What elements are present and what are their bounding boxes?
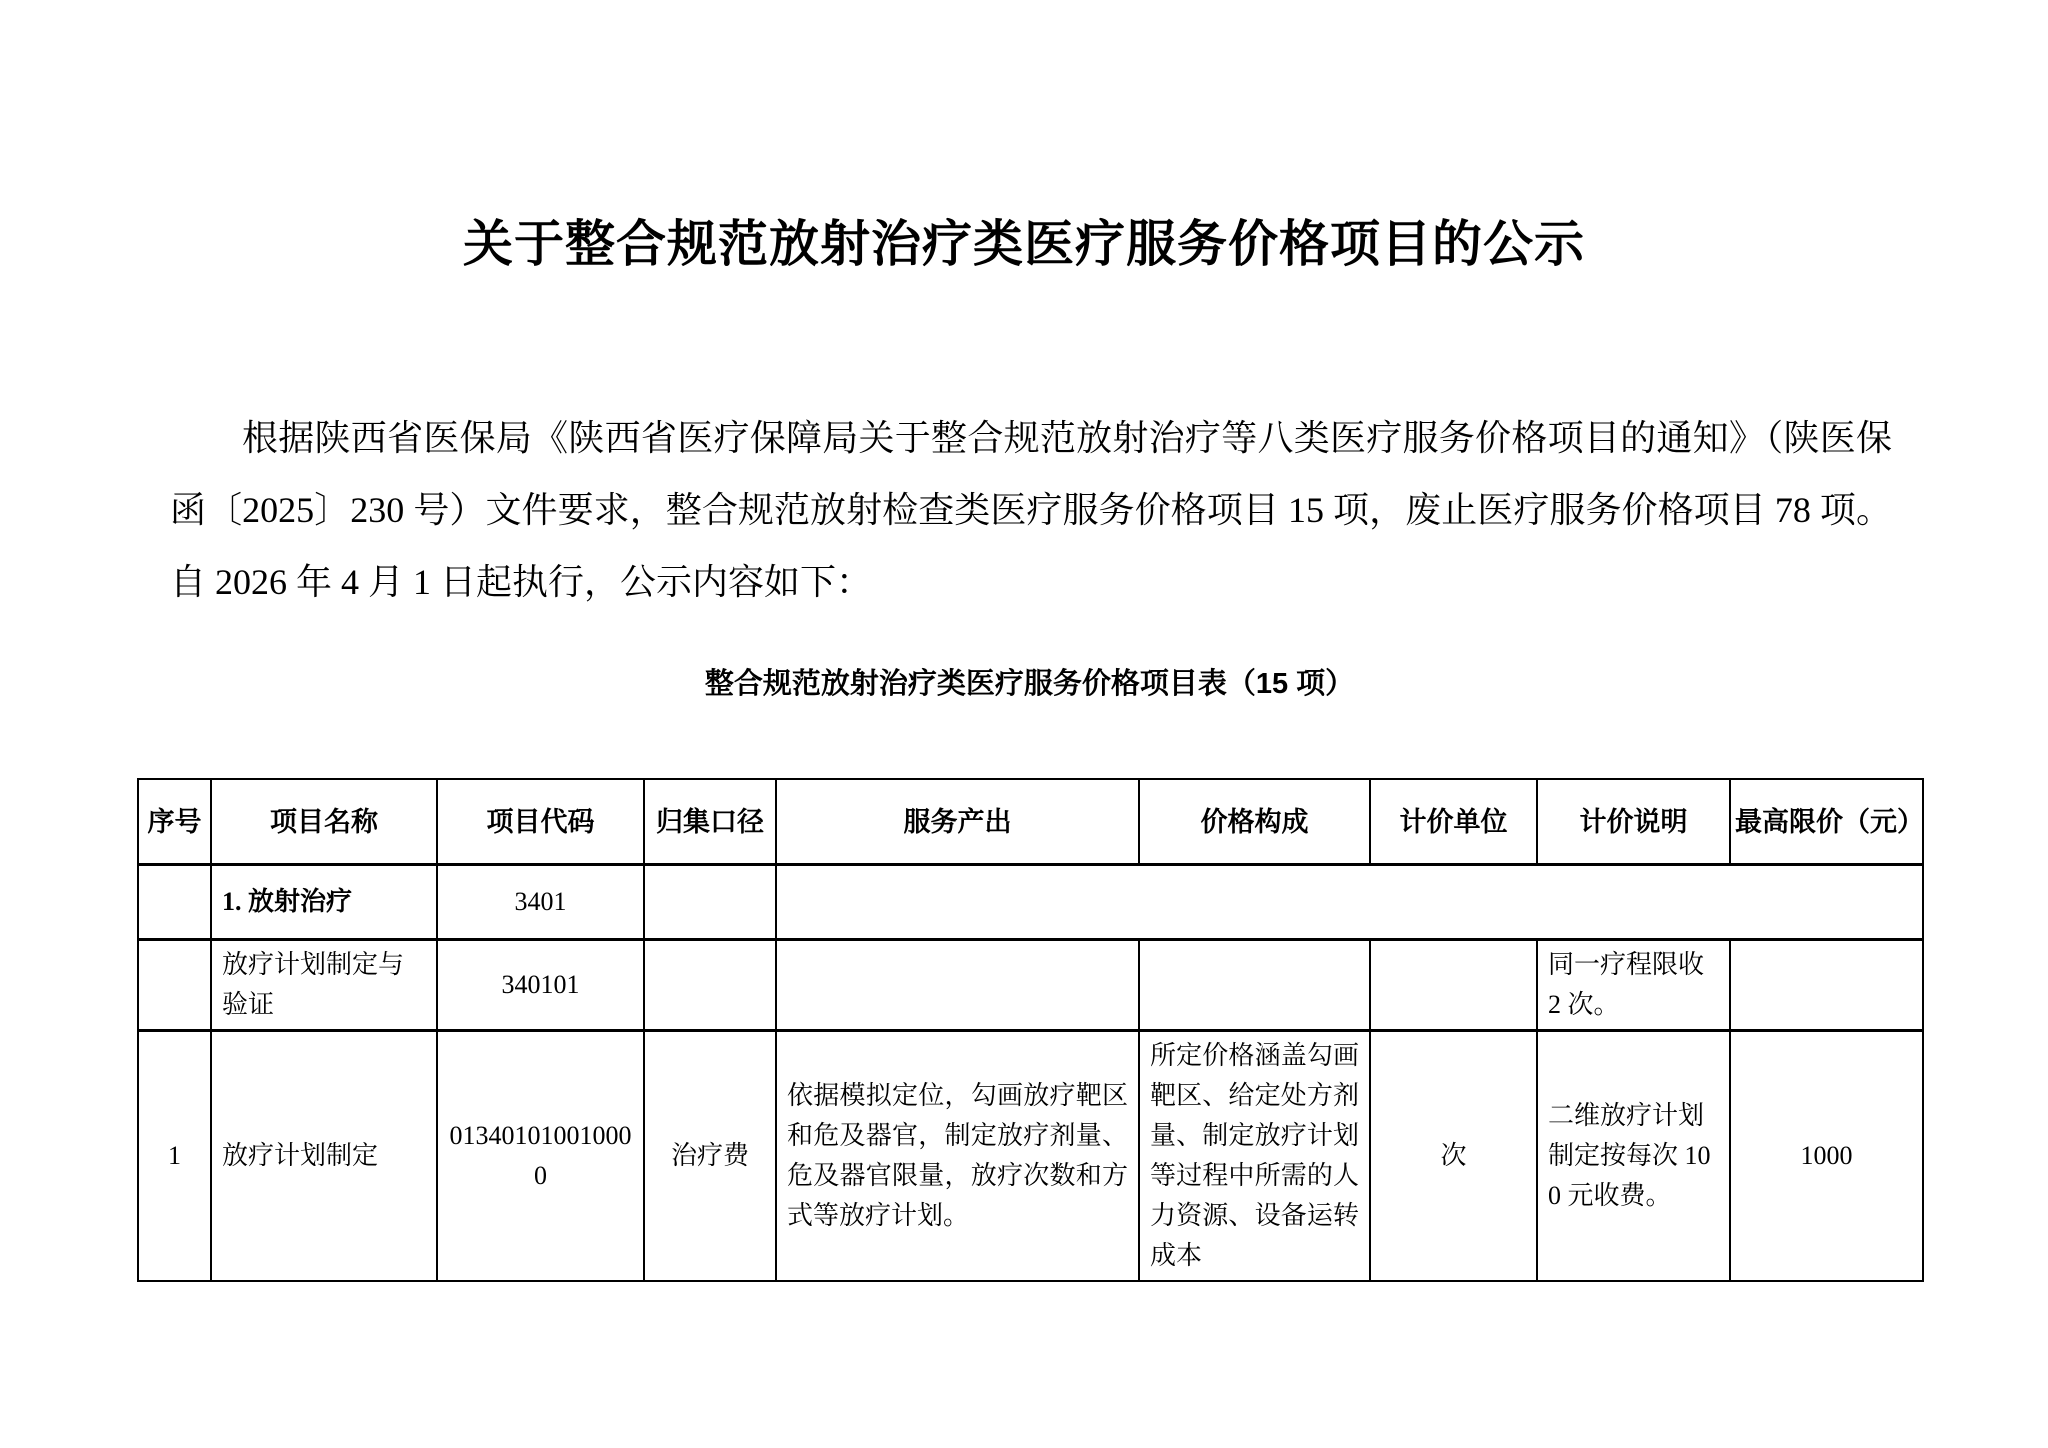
cell-pricing-note: 同一疗程限收 2 次。	[1537, 940, 1730, 1031]
table-caption: 整合规范放射治疗类医疗服务价格项目表（15 项）	[137, 664, 1922, 704]
cell-merged-rest	[776, 865, 1923, 940]
table-row-subcategory: 放疗计划制定与验证 340101 同一疗程限收 2 次。	[138, 940, 1923, 1031]
cell-item-code: 013401010010000	[437, 1031, 644, 1282]
header-price-composition: 价格构成	[1139, 779, 1370, 865]
cell-service-output: 依据模拟定位，勾画放疗靶区和危及器官，制定放疗剂量、危及器官限量，放疗次数和方式…	[776, 1031, 1139, 1282]
header-fee-category: 归集口径	[644, 779, 776, 865]
cell-pricing-unit: 次	[1370, 1031, 1537, 1282]
header-pricing-unit: 计价单位	[1370, 779, 1537, 865]
cell-pricing-note: 二维放疗计划制定按每次 100 元收费。	[1537, 1031, 1730, 1282]
document-page: 关于整合规范放射治疗类医疗服务价格项目的公示 根据陕西省医保局《陕西省医疗保障局…	[0, 0, 2048, 1448]
cell-item-name: 1. 放射治疗	[211, 865, 437, 940]
cell-fee-category: 治疗费	[644, 1031, 776, 1282]
cell-item-code: 340101	[437, 940, 644, 1031]
table-row-item: 1 放疗计划制定 013401010010000 治疗费 依据模拟定位，勾画放疗…	[138, 1031, 1923, 1282]
table-header-row: 序号 项目名称 项目代码 归集口径 服务产出 价格构成 计价单位 计价说明 最高…	[138, 779, 1923, 865]
cell-item-name: 放疗计划制定与验证	[211, 940, 437, 1031]
document-title: 关于整合规范放射治疗类医疗服务价格项目的公示	[0, 212, 2048, 276]
header-seq: 序号	[138, 779, 211, 865]
intro-paragraph: 根据陕西省医保局《陕西省医疗保障局关于整合规范放射治疗等八类医疗服务价格项目的通…	[170, 402, 1892, 618]
header-service-output: 服务产出	[776, 779, 1139, 865]
cell-seq	[138, 865, 211, 940]
table-row-category: 1. 放射治疗 3401	[138, 865, 1923, 940]
header-max-price: 最高限价（元）	[1730, 779, 1923, 865]
cell-fee-category	[644, 865, 776, 940]
header-item-name: 项目名称	[211, 779, 437, 865]
cell-pricing-unit	[1370, 940, 1537, 1031]
cell-seq: 1	[138, 1031, 211, 1282]
cell-item-code: 3401	[437, 865, 644, 940]
cell-price-composition	[1139, 940, 1370, 1031]
price-table: 序号 项目名称 项目代码 归集口径 服务产出 价格构成 计价单位 计价说明 最高…	[137, 778, 1924, 1282]
cell-max-price: 1000	[1730, 1031, 1923, 1282]
header-pricing-note: 计价说明	[1537, 779, 1730, 865]
cell-item-name: 放疗计划制定	[211, 1031, 437, 1282]
cell-price-composition: 所定价格涵盖勾画靶区、给定处方剂量、制定放疗计划等过程中所需的人力资源、设备运转…	[1139, 1031, 1370, 1282]
cell-service-output	[776, 940, 1139, 1031]
cell-fee-category	[644, 940, 776, 1031]
cell-max-price	[1730, 940, 1923, 1031]
header-item-code: 项目代码	[437, 779, 644, 865]
cell-seq	[138, 940, 211, 1031]
